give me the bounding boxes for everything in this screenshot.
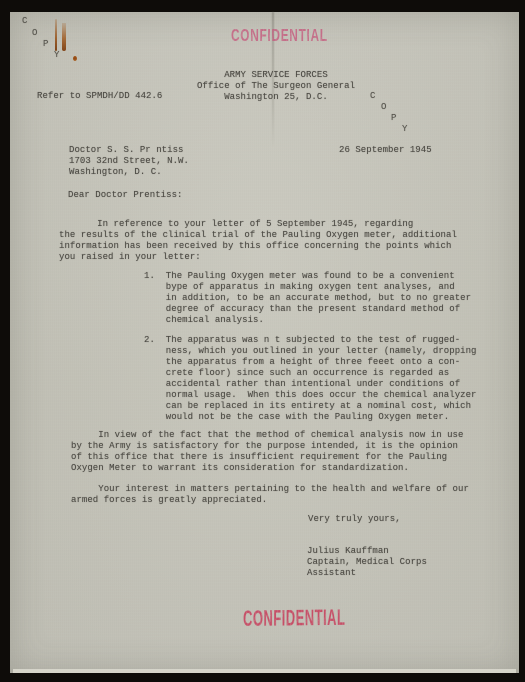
recipient-address: Doctor S. S. Pr ntiss 1703 32nd Street, …	[69, 145, 189, 178]
letterhead-organization: ARMY SERVICE FORCES Office of The Surgeo…	[178, 70, 374, 103]
date-line: 26 September 1945	[339, 145, 432, 156]
rust-stain-streak-1	[55, 19, 57, 51]
rust-stain-dot	[73, 56, 77, 61]
confidential-stamp-bottom: CONFIDENTIAL	[243, 605, 345, 632]
paragraph-2: In view of the fact that the method of c…	[71, 430, 463, 474]
copy-mark-left-letter: Y	[54, 51, 59, 60]
scan-background: C O P Y C O P Y CONFIDENTIAL CONFIDENTIA…	[0, 0, 525, 682]
salutation: Dear Doctor Prentiss:	[68, 190, 182, 201]
copy-mark-right-letter: Y	[402, 125, 407, 134]
rust-stain-streak-2	[62, 23, 66, 51]
list-item-1: 1. The Pauling Oxygen meter was found to…	[144, 271, 471, 326]
closing-line: Very truly yours,	[308, 514, 401, 525]
paragraph-1: In reference to your letter of 5 Septemb…	[59, 219, 457, 263]
signature-block: Julius Kauffman Captain, Medical Corps A…	[307, 546, 427, 579]
reference-number: Refer to SPMDH/DD 442.6	[37, 91, 162, 102]
letter-page: C O P Y C O P Y CONFIDENTIAL CONFIDENTIA…	[10, 12, 519, 673]
copy-mark-left-letter: P	[43, 40, 48, 49]
copy-mark-right-letter: P	[391, 114, 396, 123]
copy-mark-left-letter: O	[32, 29, 37, 38]
confidential-stamp-top: CONFIDENTIAL	[231, 25, 328, 46]
list-item-2: 2. The apparatus was n t subjected to th…	[144, 335, 477, 423]
paragraph-3: Your interest in matters pertaining to t…	[71, 484, 469, 506]
copy-mark-right-letter: O	[381, 103, 386, 112]
copy-mark-left-letter: C	[22, 17, 27, 26]
